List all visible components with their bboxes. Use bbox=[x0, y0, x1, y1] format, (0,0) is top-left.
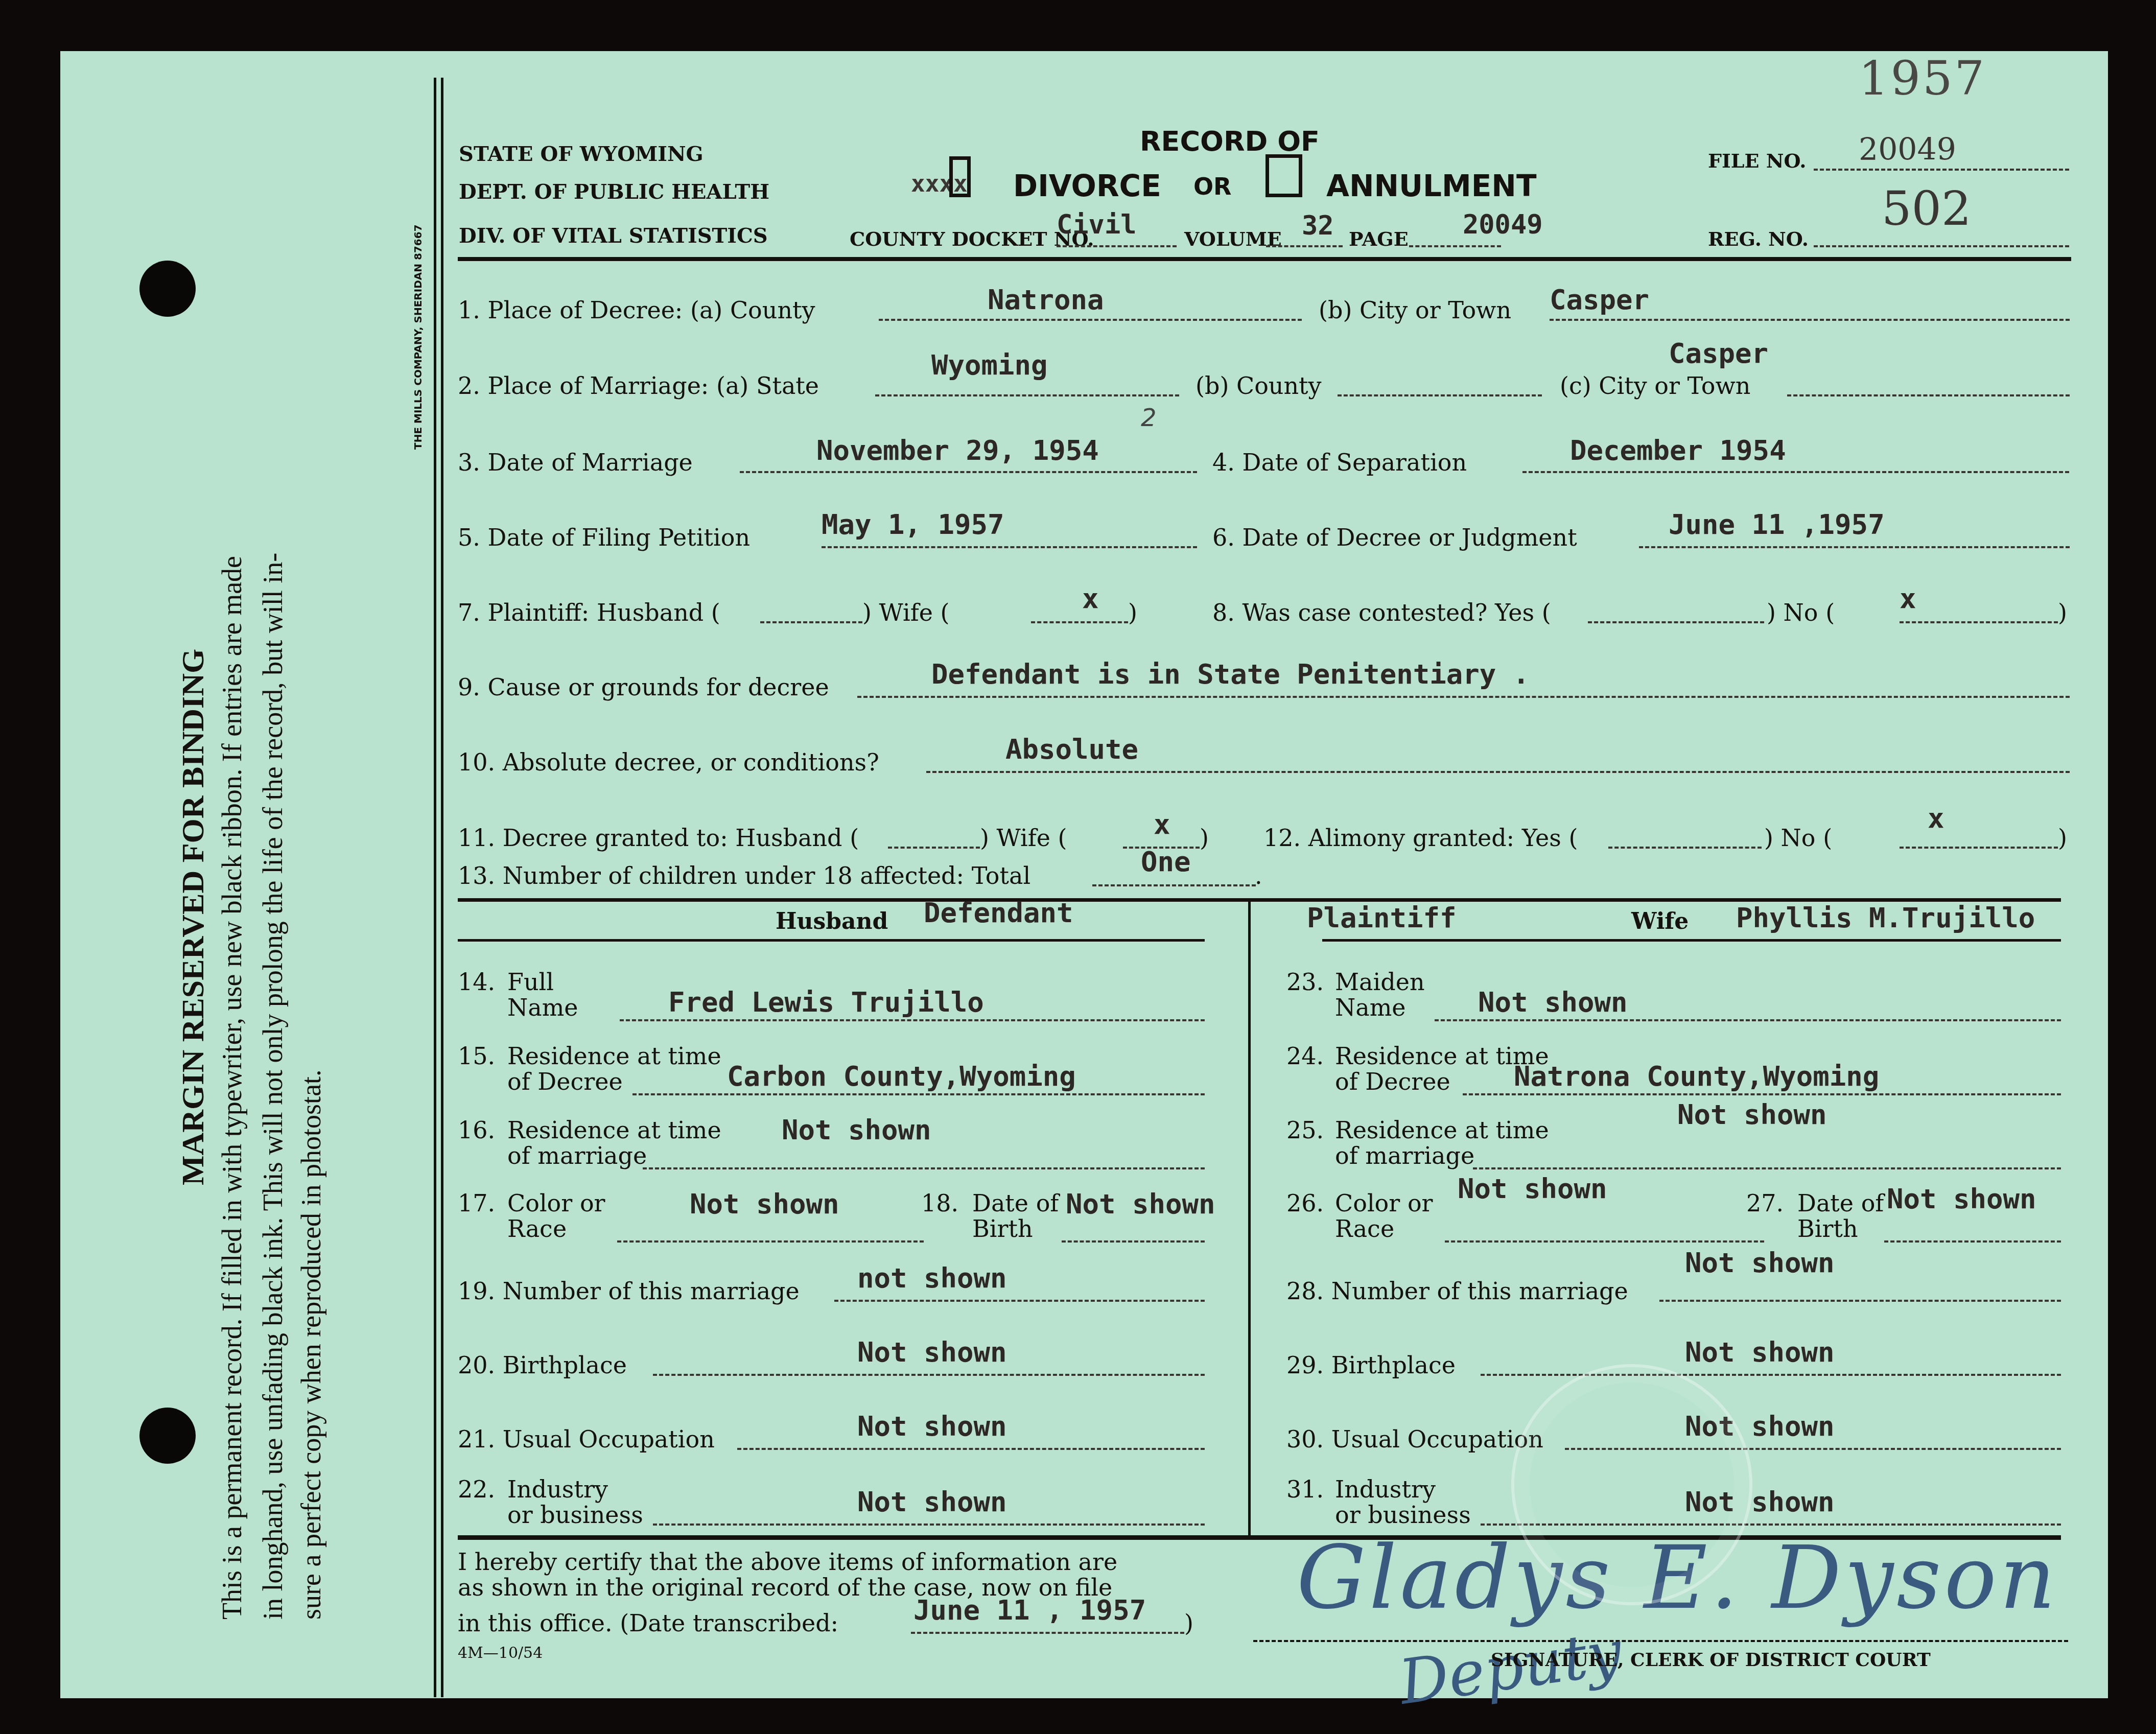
item19-line bbox=[834, 1300, 1205, 1302]
item18-num: 18. bbox=[921, 1189, 958, 1217]
item11-wife-label: ) Wife ( bbox=[980, 824, 1067, 852]
annulment-label: ANNULMENT bbox=[1326, 169, 1536, 203]
item27-label1: Date of bbox=[1797, 1189, 1884, 1217]
item16-label2: of marriage bbox=[507, 1142, 647, 1169]
item28-value: Not shown bbox=[1685, 1247, 1835, 1279]
county-docket-line bbox=[1057, 245, 1177, 247]
form-code: 4M—10/54 bbox=[458, 1644, 543, 1662]
item3-line bbox=[740, 471, 1197, 473]
item6-value: June 11 ,1957 bbox=[1669, 508, 1885, 541]
item17-label2: Race bbox=[507, 1215, 567, 1243]
husband-role: Defendant bbox=[924, 897, 1073, 929]
item10-value: Absolute bbox=[1005, 733, 1138, 765]
item29-label: 29. Birthplace bbox=[1286, 1351, 1456, 1379]
item5-line bbox=[822, 546, 1197, 548]
wife-header-rule bbox=[1322, 939, 2061, 942]
agency-division: DIV. OF VITAL STATISTICS bbox=[459, 224, 768, 248]
margin-instruction-line3: sure a perfect copy when reproduced in p… bbox=[295, 1069, 327, 1620]
item5-label: 5. Date of Filing Petition bbox=[458, 524, 750, 551]
item17-value: Not shown bbox=[690, 1188, 839, 1220]
year-stamp: 1957 bbox=[1859, 51, 1986, 106]
item21-value: Not shown bbox=[857, 1410, 1007, 1442]
item10-line bbox=[926, 771, 2070, 773]
parties-divider bbox=[458, 898, 2061, 902]
certification-line1: I hereby certify that the above items of… bbox=[458, 1548, 1117, 1576]
item26-num: 26. bbox=[1286, 1189, 1324, 1217]
annulment-checkbox[interactable] bbox=[1266, 154, 1302, 197]
item15-label1: Residence at time bbox=[507, 1042, 721, 1070]
item8-yes-line[interactable] bbox=[1588, 621, 1764, 623]
item15-line bbox=[632, 1093, 1205, 1095]
item19-value: not shown bbox=[857, 1262, 1007, 1294]
item12-yes-line[interactable] bbox=[1608, 847, 1762, 849]
item12-no-line[interactable] bbox=[1900, 847, 2058, 849]
item4-label: 4. Date of Separation bbox=[1212, 449, 1467, 476]
reg-no-label: REG. NO. bbox=[1708, 227, 1809, 250]
agency-state: STATE OF WYOMING bbox=[459, 142, 704, 166]
page-value: 20049 bbox=[1463, 209, 1543, 240]
item11-close: ) bbox=[1200, 824, 1209, 852]
item23-label1: Maiden bbox=[1335, 968, 1425, 996]
header-divider bbox=[458, 257, 2071, 261]
item16-line bbox=[643, 1167, 1205, 1169]
item1-city-value: Casper bbox=[1550, 284, 1649, 316]
item27-value: Not shown bbox=[1887, 1183, 2036, 1215]
item27-label2: Birth bbox=[1797, 1215, 1858, 1243]
item22-num: 22. bbox=[458, 1475, 495, 1503]
item27-line bbox=[1884, 1240, 2061, 1243]
item11-label: 11. Decree granted to: Husband ( bbox=[458, 824, 859, 852]
item8-no-line[interactable] bbox=[1900, 621, 2058, 623]
item18-label2: Birth bbox=[972, 1215, 1033, 1243]
item2-label: 2. Place of Marriage: (a) State bbox=[458, 372, 819, 400]
form-title: RECORD OF bbox=[1140, 125, 1320, 157]
item31-num: 31. bbox=[1286, 1475, 1324, 1503]
item28-line bbox=[1659, 1300, 2061, 1302]
item26-label1: Color or bbox=[1335, 1189, 1433, 1217]
parties-center-rule bbox=[1248, 902, 1251, 1535]
certification-line3: in this office. (Date transcribed: bbox=[458, 1609, 838, 1637]
margin-instruction-line2: in longhand, use unfading black ink. Thi… bbox=[257, 553, 289, 1620]
transcribed-date-value: June 11 , 1957 bbox=[913, 1594, 1146, 1626]
reg-no-line bbox=[1814, 245, 2069, 247]
item7-husband-line[interactable] bbox=[760, 621, 862, 623]
divorce-checkbox[interactable] bbox=[949, 156, 971, 197]
item25-label1: Residence at time bbox=[1335, 1116, 1549, 1144]
item22-label1: Industry bbox=[507, 1475, 608, 1503]
printer-imprint: THE MILLS COMPANY, SHERIDAN 87667 bbox=[412, 224, 424, 450]
divorce-record-form: MARGIN RESERVED FOR BINDING This is a pe… bbox=[60, 51, 2108, 1698]
item2b-label: (b) County bbox=[1196, 372, 1322, 400]
transcribed-date-line bbox=[911, 1632, 1184, 1634]
item1-county-value: Natrona bbox=[988, 284, 1104, 316]
item31-label2: or business bbox=[1335, 1501, 1471, 1529]
wife-role: Plaintiff bbox=[1307, 902, 1457, 934]
certification-close: ) bbox=[1184, 1609, 1193, 1637]
item22-label2: or business bbox=[507, 1501, 643, 1529]
item15-num: 15. bbox=[458, 1042, 495, 1070]
item14-value: Fred Lewis Trujillo bbox=[668, 986, 984, 1018]
item28-label: 28. Number of this marriage bbox=[1286, 1277, 1628, 1305]
item2-state-value: Wyoming bbox=[931, 349, 1048, 381]
item10-label: 10. Absolute decree, or conditions? bbox=[458, 748, 879, 776]
item25-label2: of marriage bbox=[1335, 1142, 1474, 1169]
item7-wife-label: ) Wife ( bbox=[862, 599, 950, 626]
item6-line bbox=[1639, 546, 2070, 548]
item1-city-line bbox=[1550, 319, 2070, 321]
item24-line bbox=[1463, 1093, 2061, 1095]
margin-instruction-line1: This is a permanent record. If filled in… bbox=[216, 556, 248, 1620]
item20-value: Not shown bbox=[857, 1336, 1007, 1368]
item18-label1: Date of bbox=[972, 1189, 1059, 1217]
item8-no-label: ) No ( bbox=[1767, 599, 1835, 626]
item24-label2: of Decree bbox=[1335, 1068, 1450, 1095]
item29-value: Not shown bbox=[1685, 1336, 1835, 1368]
item24-value: Natrona County,Wyoming bbox=[1514, 1060, 1879, 1092]
item1-label: 1. Place of Decree: (a) County bbox=[458, 296, 815, 324]
item18-line bbox=[1062, 1240, 1205, 1243]
item25-line bbox=[1473, 1167, 2061, 1169]
volume-value: 32 bbox=[1302, 210, 1334, 241]
file-no-label: FILE NO. bbox=[1708, 149, 1807, 172]
item2-city-line bbox=[1787, 394, 2070, 396]
item19-label: 19. Number of this marriage bbox=[458, 1277, 800, 1305]
item20-line bbox=[653, 1374, 1205, 1376]
county-docket-value: Civil bbox=[1057, 209, 1137, 240]
item25-value: Not shown bbox=[1677, 1098, 1827, 1131]
item2-city-value: Casper bbox=[1669, 337, 1768, 369]
wife-header-label: Wife bbox=[1631, 908, 1689, 934]
item14-line bbox=[620, 1019, 1205, 1021]
item9-line bbox=[857, 696, 2070, 698]
item13-value: One bbox=[1141, 846, 1191, 878]
item15-label2: of Decree bbox=[507, 1068, 623, 1095]
item6-label: 6. Date of Decree or Judgment bbox=[1212, 524, 1577, 551]
item7-close: ) bbox=[1128, 599, 1137, 626]
item21-line bbox=[737, 1448, 1205, 1450]
item4-value: December 1954 bbox=[1570, 434, 1786, 466]
signature-caption: SIGNATURE, CLERK OF DISTRICT COURT bbox=[1491, 1649, 1931, 1671]
item13-label: 13. Number of children under 18 affected… bbox=[458, 862, 1030, 889]
file-no-value: 20049 bbox=[1859, 132, 1956, 168]
item24-num: 24. bbox=[1286, 1042, 1324, 1070]
signature-line[interactable] bbox=[1253, 1640, 2068, 1642]
item7-label: 7. Plaintiff: Husband ( bbox=[458, 599, 720, 626]
item11-wife-value: x bbox=[1154, 808, 1170, 840]
item15-value: Carbon County,Wyoming bbox=[727, 1060, 1076, 1092]
item23-value: Not shown bbox=[1478, 986, 1628, 1018]
binding-rule-right bbox=[441, 78, 443, 1697]
item12-close: ) bbox=[2058, 824, 2067, 852]
item2-state-line bbox=[875, 394, 1179, 396]
item21-label: 21. Usual Occupation bbox=[458, 1425, 715, 1453]
item13-line bbox=[1092, 884, 1256, 886]
margin-binding-title: MARGIN RESERVED FOR BINDING bbox=[175, 649, 212, 1185]
reg-no-value: 502 bbox=[1882, 181, 1972, 236]
item17-label1: Color or bbox=[507, 1189, 605, 1217]
item30-label: 30. Usual Occupation bbox=[1286, 1425, 1543, 1453]
item1-county-line bbox=[879, 319, 1302, 321]
husband-header-rule bbox=[458, 939, 1205, 942]
item18-value: Not shown bbox=[1066, 1188, 1215, 1220]
item22-value: Not shown bbox=[857, 1486, 1007, 1518]
item8-no-value: x bbox=[1900, 582, 1916, 615]
item3-label: 3. Date of Marriage bbox=[458, 449, 693, 476]
page-line bbox=[1409, 245, 1501, 247]
item8-close: ) bbox=[2058, 599, 2067, 626]
item17-line bbox=[617, 1240, 924, 1243]
item29-line bbox=[1481, 1374, 2061, 1376]
item16-num: 16. bbox=[458, 1116, 495, 1144]
item23-label2: Name bbox=[1335, 994, 1406, 1021]
item14-num: 14. bbox=[458, 968, 495, 996]
item9-label: 9. Cause or grounds for decree bbox=[458, 673, 829, 701]
embossed-state-seal bbox=[1511, 1364, 1752, 1605]
item26-value: Not shown bbox=[1458, 1173, 1607, 1205]
item17-num: 17. bbox=[458, 1189, 495, 1217]
husband-header-label: Husband bbox=[776, 908, 888, 934]
item23-num: 23. bbox=[1286, 968, 1324, 996]
item31-label1: Industry bbox=[1335, 1475, 1436, 1503]
volume-line bbox=[1266, 245, 1343, 247]
item13-period: . bbox=[1255, 862, 1262, 889]
item12-no-label: ) No ( bbox=[1764, 824, 1832, 852]
item7-wife-line[interactable] bbox=[1031, 621, 1128, 623]
agency-department: DEPT. OF PUBLIC HEALTH bbox=[459, 180, 769, 204]
binding-rule-left bbox=[434, 78, 436, 1697]
item26-line bbox=[1445, 1240, 1764, 1243]
item9-value: Defendant is in State Penitentiary . bbox=[931, 658, 1529, 690]
item27-num: 27. bbox=[1746, 1189, 1784, 1217]
page-label: PAGE bbox=[1349, 227, 1409, 250]
item7-wife-value: x bbox=[1082, 582, 1099, 615]
item14-label2: Name bbox=[507, 994, 578, 1021]
item3-value: November 29, 1954 bbox=[816, 434, 1099, 466]
item16-label1: Residence at time bbox=[507, 1116, 721, 1144]
or-label: OR bbox=[1193, 173, 1232, 200]
item26-label2: Race bbox=[1335, 1215, 1394, 1243]
item25-num: 25. bbox=[1286, 1116, 1324, 1144]
item20-label: 20. Birthplace bbox=[458, 1351, 627, 1379]
item5-value: May 1, 1957 bbox=[822, 508, 1004, 541]
binding-hole-bottom bbox=[139, 1408, 196, 1464]
item23-line bbox=[1435, 1019, 2061, 1021]
item12-label: 12. Alimony granted: Yes ( bbox=[1263, 824, 1578, 852]
item12-no-value: x bbox=[1928, 802, 1944, 834]
item2-county-line bbox=[1338, 394, 1542, 396]
item8-label: 8. Was case contested? Yes ( bbox=[1212, 599, 1551, 626]
item3-annotation: 2 bbox=[1141, 404, 1157, 432]
divorce-label: DIVORCE bbox=[1013, 169, 1161, 203]
binding-hole-top bbox=[139, 261, 196, 317]
item14-label1: Full bbox=[507, 968, 554, 996]
item2c-label: (c) City or Town bbox=[1560, 372, 1750, 400]
item22-line bbox=[653, 1524, 1205, 1526]
wife-header-name: Phyllis M.Trujillo bbox=[1736, 902, 2035, 934]
file-no-line bbox=[1814, 169, 2069, 171]
item16-value: Not shown bbox=[782, 1114, 931, 1146]
item11-husband-line[interactable] bbox=[888, 847, 980, 849]
item1b-label: (b) City or Town bbox=[1319, 296, 1511, 324]
item4-line bbox=[1522, 471, 2069, 473]
